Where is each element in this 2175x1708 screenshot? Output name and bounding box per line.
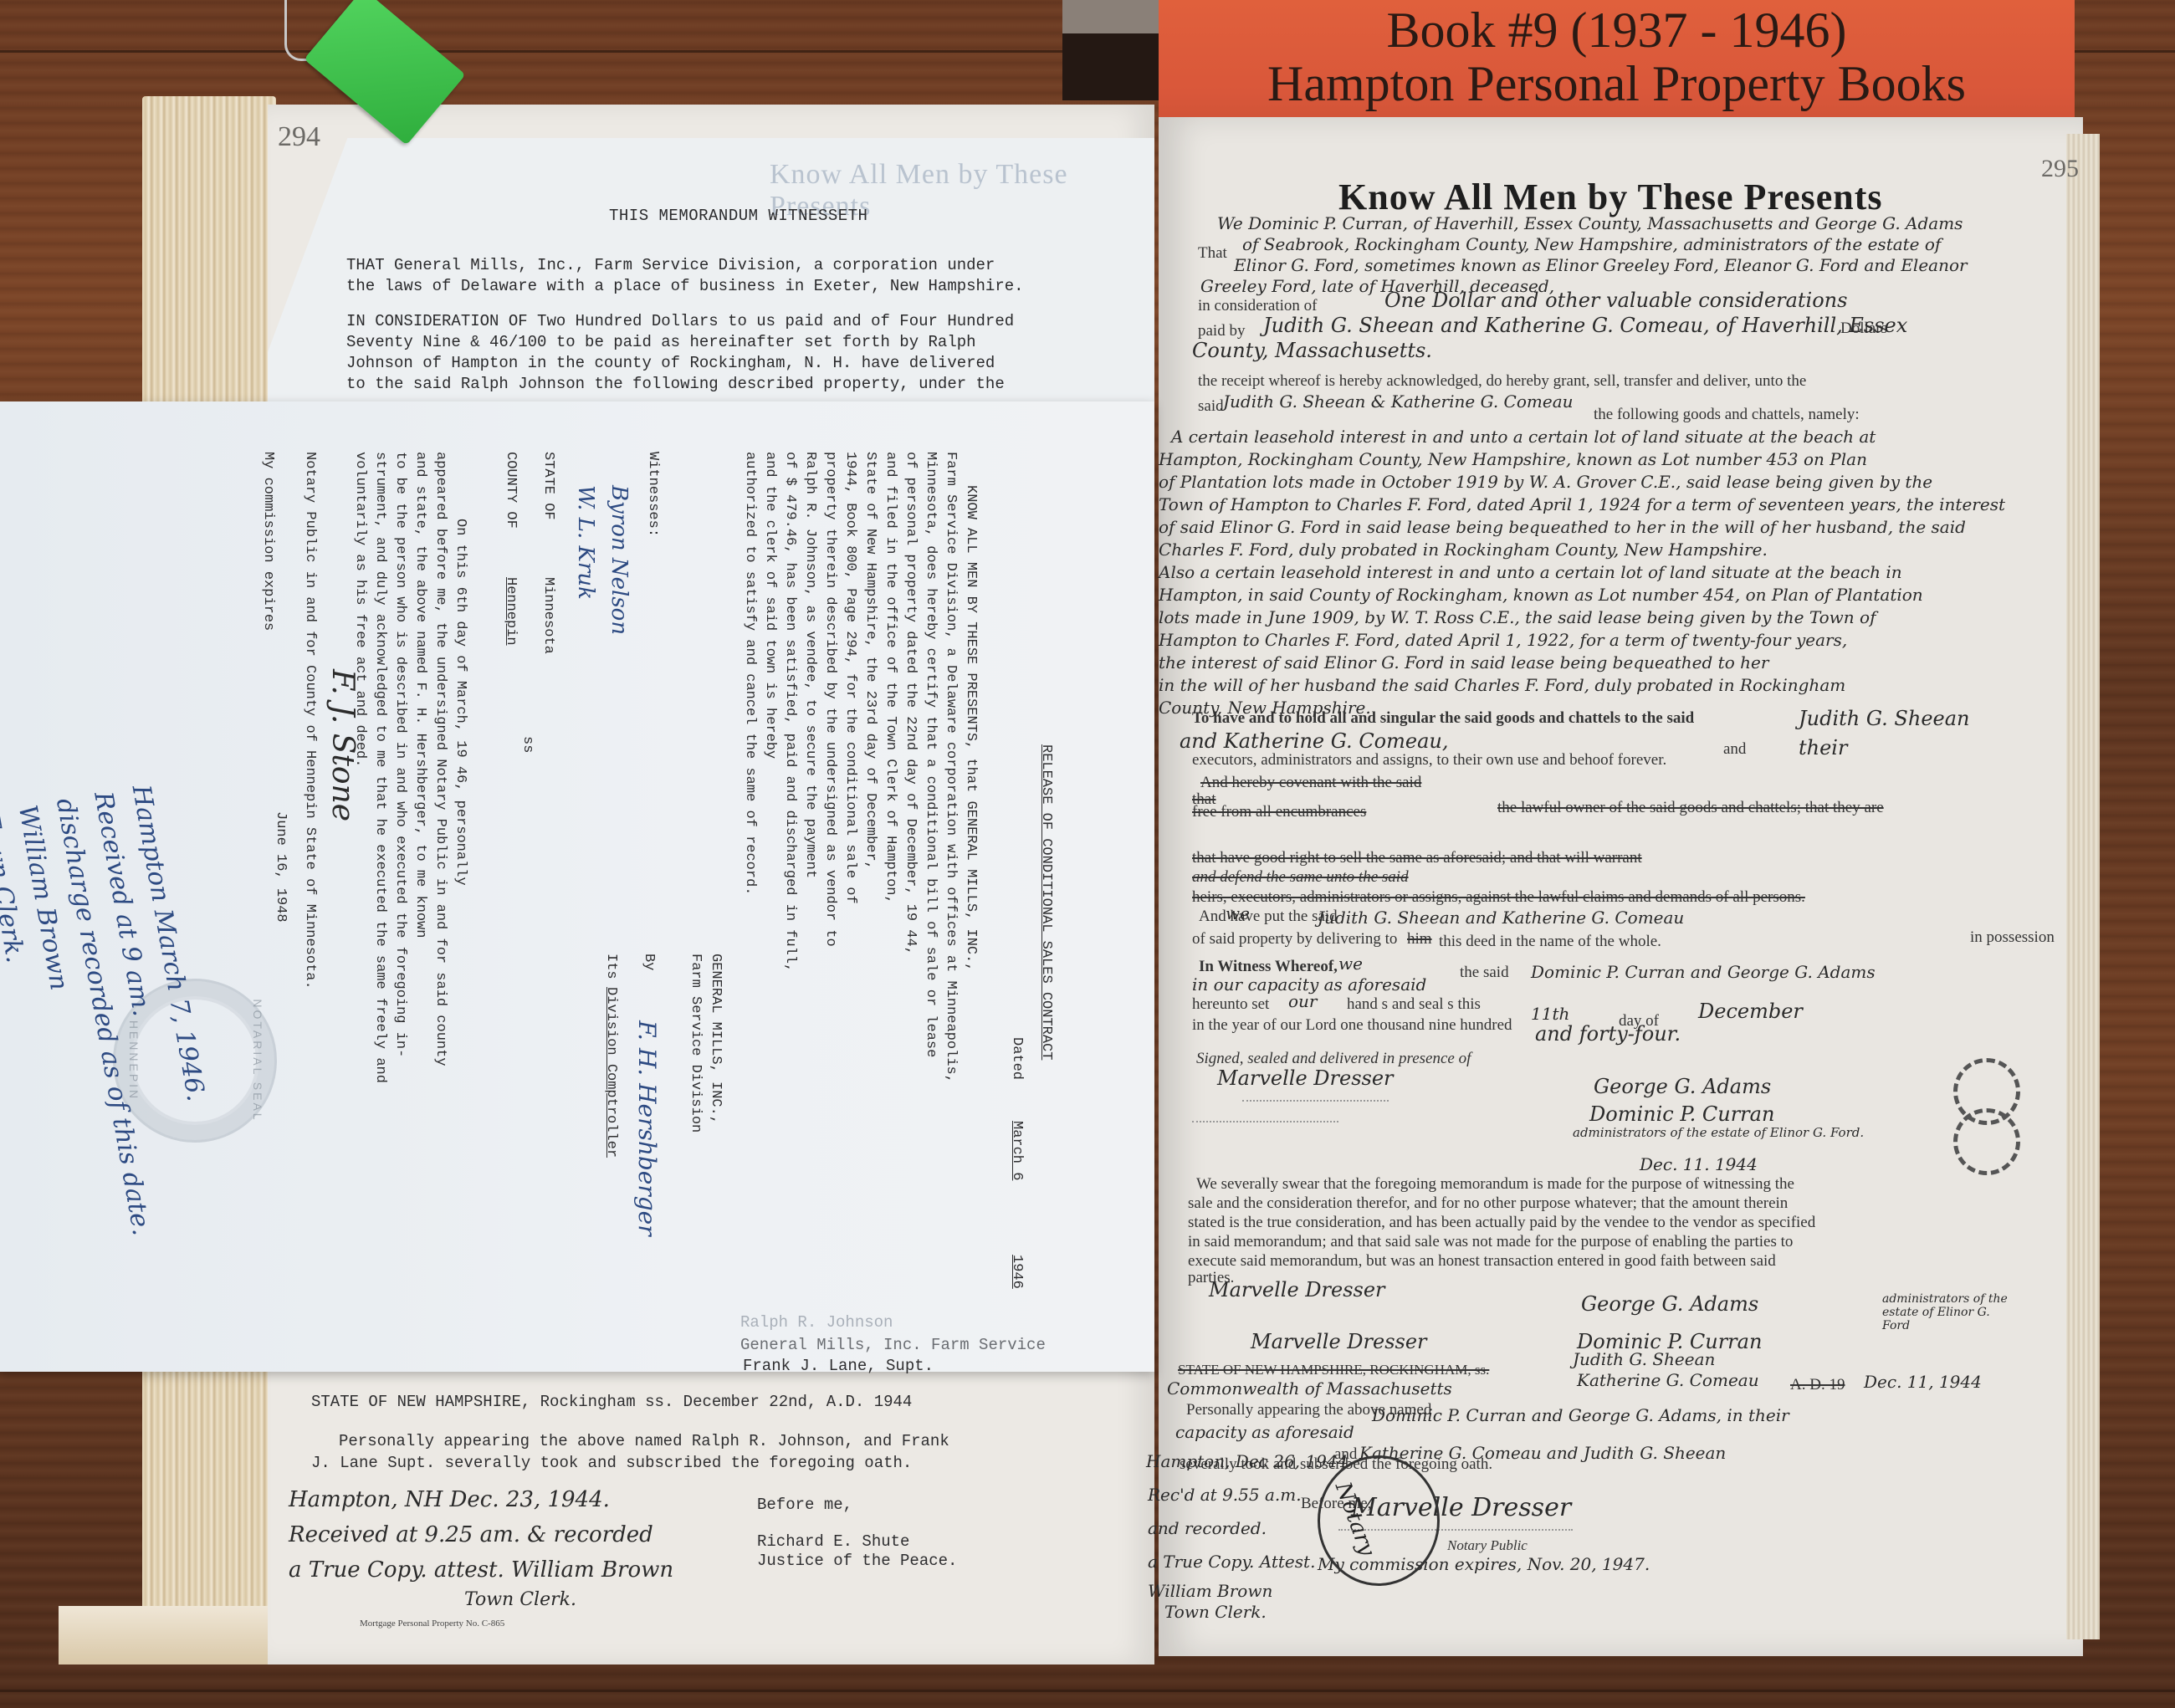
consideration-value: One Dollar and other valuable considerat… bbox=[1384, 289, 1847, 312]
memo-title: THIS MEMORANDUM WITNESSETH bbox=[609, 207, 867, 225]
grantors-line: Elinor G. Ford, sometimes known as Elino… bbox=[1234, 255, 1968, 275]
habendum-grantee: and Katherine G. Comeau, bbox=[1180, 729, 1448, 753]
description-line: of said Elinor G. Ford in said lease bei… bbox=[1159, 517, 1966, 537]
struck-clause: heirs, executors, administrators or assi… bbox=[1192, 888, 1805, 907]
release-title: RELEASE OF CONDITIONAL SALES CONTRACT bbox=[1038, 744, 1054, 1060]
struck-clause: and defend the same unto the said bbox=[1192, 868, 1409, 887]
oath-line: stated is the true consideration, and ha… bbox=[1188, 1214, 1815, 1232]
oath-line: We severally swear that the foregoing me… bbox=[1196, 1175, 1794, 1194]
nh-state-line: STATE OF NEW HAMPSHIRE, Rockingham ss. D… bbox=[311, 1393, 912, 1411]
notary-seal-drawn: Notary bbox=[1318, 1455, 1440, 1586]
month-value: December bbox=[1698, 1000, 1803, 1023]
wax-seal bbox=[1953, 1108, 2020, 1175]
ss-label: ss bbox=[519, 736, 535, 753]
notary-public-label: Notary Public bbox=[1447, 1537, 1528, 1554]
witness-signature-1: Byron Nelson bbox=[606, 485, 632, 635]
put-line: And have put the said bbox=[1199, 908, 1338, 926]
description-line: in the will of her husband the said Char… bbox=[1159, 675, 1845, 695]
appearing-names: Dominic P. Curran and George G. Adams, i… bbox=[1372, 1405, 1789, 1425]
county-value: Hennepin bbox=[503, 577, 519, 646]
commonwealth-hand: Commonwealth of Massachusetts bbox=[1167, 1378, 1452, 1399]
paid-by-label: paid by bbox=[1198, 322, 1245, 340]
description-line: Charles F. Ford, duly probated in Rockin… bbox=[1159, 540, 1768, 560]
recorded-note-line: Town Clerk. bbox=[464, 1589, 576, 1610]
signer-line: Frank J. Lane, Supt. bbox=[743, 1357, 934, 1375]
grantors-line: of Seabrook, Rockingham County, New Hamp… bbox=[1242, 234, 1941, 254]
witnesses-label: Witnesses: bbox=[645, 452, 661, 537]
witness-we: we bbox=[1338, 954, 1363, 974]
oath-line: Personally appearing the above named Ral… bbox=[339, 1432, 949, 1450]
company-name: GENERAL MILLS, INC., bbox=[708, 954, 724, 1124]
struck-clause: And hereby covenant with the said bbox=[1200, 774, 1421, 792]
memo-line: Seventy Nine & 46/100 to be paid as here… bbox=[346, 332, 1149, 353]
ack-line: appeared before me, the undersigned Nota… bbox=[432, 452, 448, 1066]
description-line: the interest of said Elinor G. Ford in s… bbox=[1159, 652, 1768, 672]
before-me: Before me, bbox=[757, 1496, 852, 1514]
the-said-label: the said bbox=[1460, 964, 1509, 982]
struck-clause: that have good right to sell the same as… bbox=[1192, 849, 1642, 867]
delivering-rest: this deed in the name of the whole. bbox=[1439, 933, 1661, 951]
year-line: in the year of our Lord one thousand nin… bbox=[1192, 1016, 1512, 1035]
witness-grantors: Dominic P. Curran and George G. Adams bbox=[1531, 962, 1876, 982]
seal-text: Notary bbox=[1330, 1479, 1379, 1559]
description-line: A certain leasehold interest in and unto… bbox=[1171, 427, 1876, 447]
commission-label: My commission expires bbox=[260, 452, 276, 631]
company-division: Farm Service Division bbox=[688, 954, 704, 1133]
paid-by-value: Judith G. Sheean and Katherine G. Comeau… bbox=[1263, 314, 1907, 337]
recorded-note-line: a True Copy. attest. William Brown bbox=[289, 1557, 673, 1583]
release-body-line: 1944, Book 800, Page 294, for the condit… bbox=[842, 452, 858, 904]
signature-line bbox=[1242, 1100, 1389, 1102]
ack-line: On this 6th day of March, 19 46, persona… bbox=[453, 519, 468, 886]
release-body-line: authorized to satisfy and cancel the sam… bbox=[742, 452, 758, 896]
grantors-line: We Dominic P. Curran, of Haverhill, Esse… bbox=[1217, 213, 1963, 233]
notary-line: Notary Public in and for County of Henne… bbox=[302, 452, 318, 990]
dated-year: 1946 bbox=[1009, 1255, 1025, 1289]
oath-line: J. Lane Supt. severally took and subscri… bbox=[311, 1454, 912, 1472]
said-value: Judith G. Sheean & Katherine G. Comeau bbox=[1223, 391, 1574, 412]
grantor-signature-1: George G. Adams bbox=[1594, 1075, 1771, 1098]
label-line-1: Book #9 (1937 - 1946) bbox=[1159, 3, 2075, 57]
notary-signature: F. J. Stone bbox=[325, 669, 360, 821]
release-body-line: Farm Service Division, a Delaware corpor… bbox=[943, 452, 959, 1083]
habendum-line: To have and to hold all and singular the… bbox=[1192, 709, 1694, 728]
release-body-line: of $ 479.46, has been satisfied, paid an… bbox=[782, 452, 798, 972]
oath-line: execute said memorandum, but was an hone… bbox=[1188, 1252, 1776, 1271]
background-object bbox=[1062, 0, 1159, 33]
description-line: Also a certain leasehold interest in and… bbox=[1159, 562, 1902, 582]
bracket-note: administrators of the estate of Elinor G… bbox=[1882, 1292, 2008, 1332]
memo-line: THAT General Mills, Inc., Farm Service D… bbox=[346, 255, 1149, 276]
release-body-line: KNOW ALL MEN BY THESE PRESENTS, that GEN… bbox=[963, 485, 979, 972]
dated-label: Dated bbox=[1009, 1037, 1025, 1080]
put-grantees: Judith G. Sheean and Katherine G. Comeau bbox=[1318, 908, 1684, 928]
delivering-struck: him bbox=[1407, 930, 1432, 949]
day-number: 11th bbox=[1531, 1004, 1569, 1024]
year-value: and forty-four. bbox=[1535, 1022, 1681, 1046]
ack-line: to be the person who is described in and… bbox=[392, 452, 408, 1057]
state-value: Minnesota bbox=[540, 577, 556, 654]
release-body-line: of personal property dated the 22nd day … bbox=[903, 452, 919, 955]
struck-clause: free from all encumbrances bbox=[1192, 803, 1366, 821]
signature-line bbox=[1192, 1121, 1338, 1122]
struck-clause: the lawful owner of the said goods and c… bbox=[1497, 799, 1884, 817]
page-number-left: 294 bbox=[278, 121, 320, 153]
memo-line: to the said Ralph Johnson the following … bbox=[346, 374, 1149, 395]
recorded-line: Town Clerk. bbox=[1164, 1602, 1267, 1622]
habendum-their: their bbox=[1799, 736, 1847, 759]
officer-signature: F. H. Hershberger bbox=[633, 1020, 661, 1236]
delivering-line: of said property by delivering to bbox=[1192, 930, 1397, 949]
description-line: of Plantation lots made in October 1919 … bbox=[1159, 472, 1932, 492]
witness-signature: Marvelle Dresser bbox=[1217, 1066, 1394, 1090]
and-label: and bbox=[1723, 740, 1746, 759]
put-we: we bbox=[1226, 903, 1250, 923]
recorded-line: and recorded. bbox=[1148, 1518, 1267, 1538]
book-page-edges-right bbox=[2066, 134, 2100, 1639]
release-body-line: Minnesota, does hereby certify that a co… bbox=[923, 452, 939, 1057]
oath-line: in said memorandum; and that said sale w… bbox=[1188, 1233, 1793, 1251]
said-label: said bbox=[1198, 397, 1224, 416]
dated-value: March 6 bbox=[1009, 1121, 1025, 1180]
paid-by-value: County, Massachusetts. bbox=[1192, 339, 1432, 362]
by-label: By bbox=[641, 954, 657, 970]
ack-line: and state, the above named F. H. Hershbe… bbox=[412, 452, 428, 938]
description-line: Hampton to Charles F. Ford, dated April … bbox=[1159, 630, 1847, 650]
deed-heading: Know All Men by These Presents bbox=[1338, 176, 1883, 218]
struck-ad: A. D. 19 bbox=[1790, 1376, 1845, 1394]
recorded-line: Rec'd at 9.55 a.m. bbox=[1148, 1485, 1302, 1505]
release-body-line: Ralph R. Johnson, as vendee, to secure t… bbox=[802, 452, 818, 878]
our-hand: our bbox=[1288, 991, 1317, 1011]
grantor-role: administrators of the estate of Elinor G… bbox=[1573, 1125, 1864, 1140]
release-body-line: and filed in the office of the Town Cler… bbox=[883, 452, 898, 904]
release-body-line: and the clerk of said town is hereby bbox=[762, 452, 778, 759]
goods-label: the following goods and chattels, namely… bbox=[1594, 406, 1860, 424]
memo-line: IN CONSIDERATION OF Two Hundred Dollars … bbox=[346, 311, 1149, 332]
commission-value: June 16, 1948 bbox=[273, 811, 289, 923]
description-line: Hampton, in said County of Rockingham, k… bbox=[1159, 585, 1923, 605]
memo-para-1: THAT General Mills, Inc., Farm Service D… bbox=[346, 255, 1149, 297]
its-label: Its bbox=[603, 954, 619, 979]
oath-witness-1: Marvelle Dresser bbox=[1209, 1278, 1385, 1301]
background-object bbox=[1062, 33, 1159, 100]
possession-label: in possession bbox=[1970, 928, 2055, 947]
faded-line: Ralph R. Johnson bbox=[740, 1313, 893, 1332]
hands-seals-label: hand s and seal s this bbox=[1347, 995, 1481, 1014]
recorded-line: William Brown bbox=[1148, 1581, 1272, 1601]
state-label: STATE OF bbox=[540, 452, 556, 520]
recorded-note-line: Received at 9.25 am. & recorded bbox=[289, 1522, 653, 1547]
table-plank-seam bbox=[0, 1690, 2175, 1692]
executors-line: executors, administrators and assigns, t… bbox=[1192, 751, 1666, 770]
recorded-note-line: Hampton, NH Dec. 23, 1944. bbox=[289, 1487, 610, 1512]
witness-signature-2: W. L. Kruk bbox=[573, 485, 598, 600]
county-label: COUNTY OF bbox=[503, 452, 519, 529]
description-line: Town of Hampton to Charles F. Ford, date… bbox=[1159, 494, 2005, 514]
oath-signature-4: Katherine G. Comeau bbox=[1577, 1370, 1759, 1390]
justice-name: Richard E. Shute bbox=[757, 1532, 909, 1551]
oath-signature-3: Judith G. Sheean bbox=[1573, 1349, 1715, 1369]
release-body-line: State of New Hampshire, the 23rd day of … bbox=[862, 452, 878, 870]
description-line: lots made in June 1909, by W. T. Ross C.… bbox=[1159, 607, 1876, 627]
hereunto-label: hereunto set bbox=[1192, 995, 1269, 1014]
that-label: That bbox=[1198, 244, 1227, 263]
release-body-line: property therein described by the unders… bbox=[822, 452, 838, 947]
grantor-signature-2: Dominic P. Curran bbox=[1589, 1102, 1774, 1126]
oath-date: Dec. 11, 1944 bbox=[1864, 1372, 1982, 1392]
ack-line: strument, and duly acknowledged to me th… bbox=[372, 452, 388, 1083]
page-number-right: 295 bbox=[2041, 155, 2079, 183]
faded-line: General Mills, Inc. Farm Service bbox=[740, 1336, 1046, 1354]
release-document: NOTARIAL SEAL HENNEPIN RELEASE OF CONDIT… bbox=[0, 401, 1154, 1372]
recorded-line: a True Copy. Attest. bbox=[1148, 1552, 1315, 1572]
signed-sealed-label: Signed, sealed and delivered in presence… bbox=[1196, 1050, 1471, 1068]
memo-line: the laws of Delaware with a place of bus… bbox=[346, 276, 1149, 297]
receipt-line: the receipt whereof is hereby acknowledg… bbox=[1198, 372, 1806, 391]
description-line: Hampton, Rockingham County, New Hampshir… bbox=[1159, 449, 1867, 469]
memo-para-2: IN CONSIDERATION OF Two Hundred Dollars … bbox=[346, 311, 1149, 395]
label-line-2: Hampton Personal Property Books bbox=[1159, 57, 2075, 110]
signature-date: Dec. 11. 1944 bbox=[1640, 1154, 1758, 1174]
oath-signature-1: George G. Adams bbox=[1581, 1292, 1758, 1316]
form-footer: Mortgage Personal Property No. C-865 bbox=[360, 1619, 504, 1629]
struck-state: STATE OF NEW HAMPSHIRE, ROCKINGHAM, ss. bbox=[1178, 1362, 1489, 1378]
oath-line: sale and the consideration therefor, and… bbox=[1188, 1194, 1788, 1213]
consideration-label: in consideration of bbox=[1198, 297, 1317, 315]
its-title: Division Comptroller bbox=[603, 987, 619, 1158]
justice-title: Justice of the Peace. bbox=[757, 1552, 957, 1570]
recorded-line: Hampton, Dec 26, 1944 bbox=[1146, 1451, 1348, 1471]
oath-witness-2: Marvelle Dresser bbox=[1251, 1330, 1427, 1353]
appearing-capacity: capacity as aforesaid bbox=[1175, 1422, 1354, 1442]
witness-whereof-label: In Witness Whereof, bbox=[1199, 958, 1338, 976]
memo-line: Johnson of Hampton in the county of Rock… bbox=[346, 353, 1149, 374]
habendum-grantee: Judith G. Sheean bbox=[1799, 707, 1970, 730]
